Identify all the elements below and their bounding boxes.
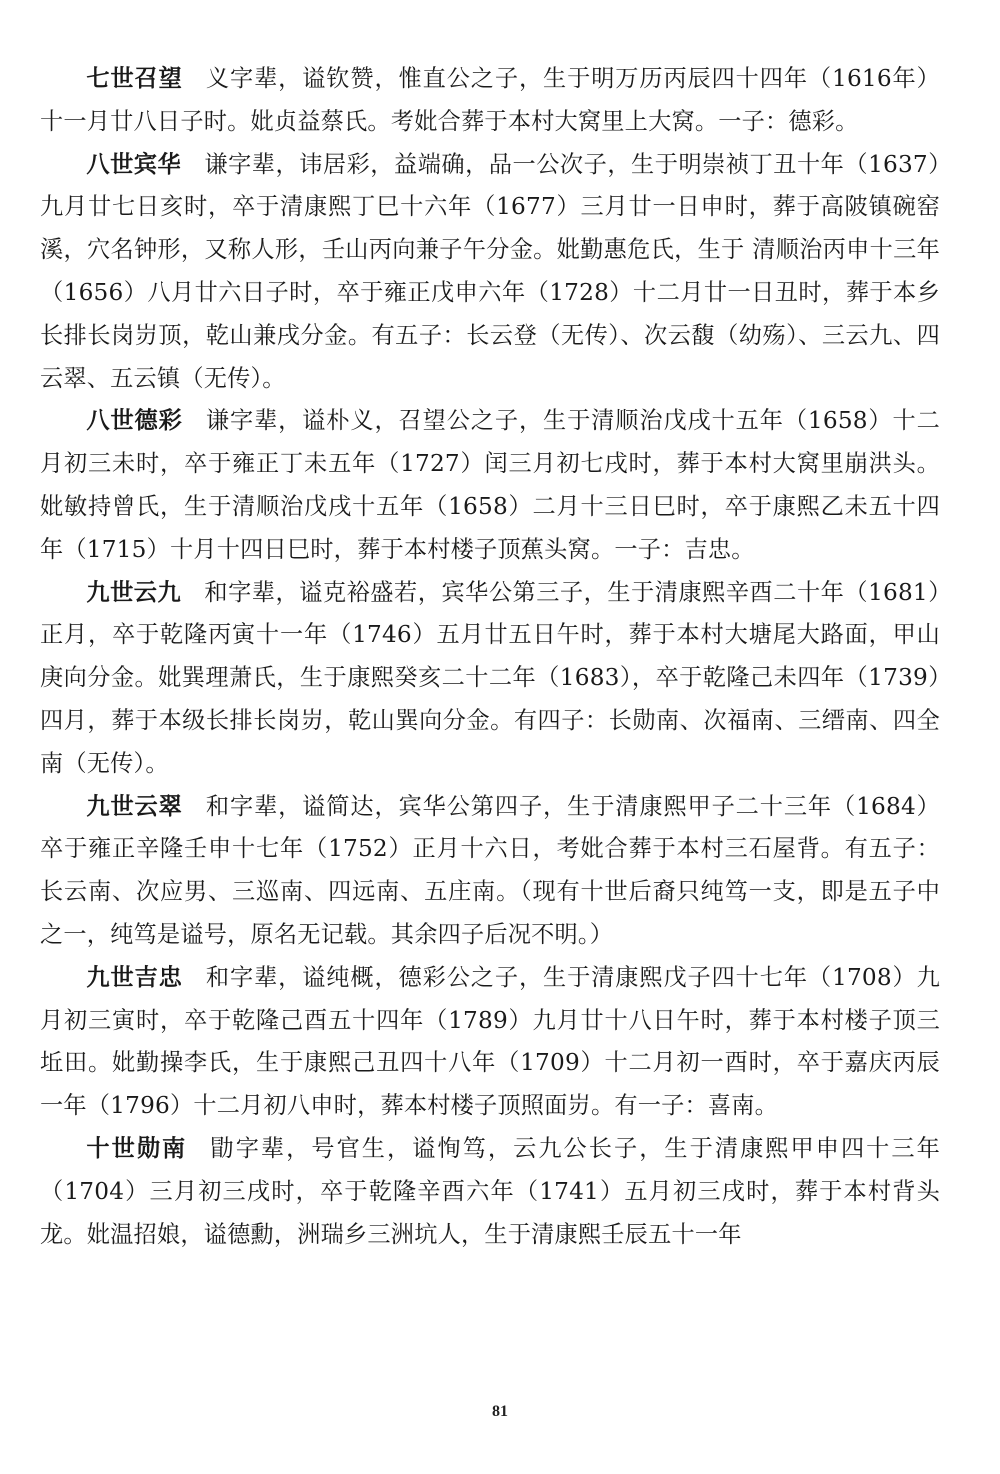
entry-name: 八世德彩 xyxy=(86,407,182,434)
genealogy-entry-2: 八世宾华谦字辈，讳居彩，益端确，品一公次子，生于明崇祯丁丑十年（1637）九月廿… xyxy=(40,144,940,401)
document-page: 七世召望义字辈，谥钦赞，惟直公之子，生于明万历丙辰四十四年（1616年）十一月廿… xyxy=(40,58,940,1256)
entry-name: 十世勋南 xyxy=(86,1135,187,1162)
genealogy-entry-4: 九世云九和字辈，谥克裕盛若，宾华公第三子，生于清康熙辛酉二十年（1681）正月，… xyxy=(40,572,940,786)
entry-name: 七世召望 xyxy=(86,65,182,92)
entry-name: 九世云九 xyxy=(86,579,181,606)
genealogy-entry-1: 七世召望义字辈，谥钦赞，惟直公之子，生于明万历丙辰四十四年（1616年）十一月廿… xyxy=(40,58,940,144)
genealogy-entry-7: 十世勋南勖字辈，号官生，谥恂笃，云九公长子，生于清康熙甲申四十三年（1704）三… xyxy=(40,1128,940,1256)
genealogy-entry-6: 九世吉忠和字辈，谥纯概，德彩公之子，生于清康熙戊子四十七年（1708）九月初三寅… xyxy=(40,957,940,1128)
entry-text: 谦字辈，讳居彩，益端确，品一公次子，生于明崇祯丁丑十年（1637）九月廿七日亥时… xyxy=(40,151,940,392)
entry-name: 八世宾华 xyxy=(86,151,181,178)
genealogy-entry-5: 九世云翠和字辈，谥简达，宾华公第四子，生于清康熙甲子二十三年（1684）卒于雍正… xyxy=(40,786,940,957)
entry-name: 九世吉忠 xyxy=(86,964,182,991)
page-number: 81 xyxy=(0,1403,1000,1421)
entry-text: 和字辈，谥克裕盛若，宾华公第三子，生于清康熙辛酉二十年（1681）正月，卒于乾隆… xyxy=(40,579,940,777)
entry-name: 九世云翠 xyxy=(86,793,182,820)
genealogy-entry-3: 八世德彩谦字辈，谥朴义，召望公之子，生于清顺治戊戌十五年（1658）十二月初三未… xyxy=(40,400,940,571)
